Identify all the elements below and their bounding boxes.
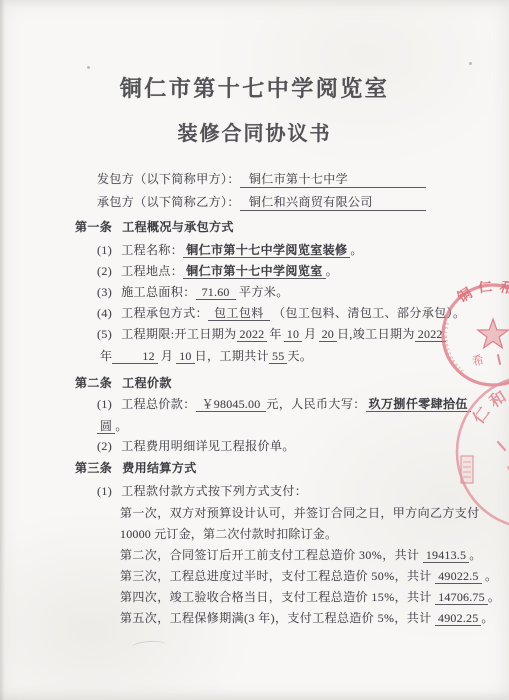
item-label: 施工总面积： [121, 285, 195, 299]
payment1-line2: 10000 元订金，第二次付款时扣除订金。 [120, 526, 337, 542]
start-year-value: 2022 [237, 327, 268, 342]
item-number: (5) [97, 326, 112, 342]
item-suffix: 。 [326, 264, 338, 278]
end-text: 。 [488, 590, 500, 604]
item-number: (1) [97, 483, 112, 499]
mid-text: 元，人民币大写： [266, 397, 365, 411]
price-words-tail: 圆 [97, 419, 115, 434]
party-a-value: 铜仁市第十七中学 [240, 170, 426, 188]
item-number: (1) [97, 242, 112, 258]
contract-mode-value: 包工包料 [208, 306, 270, 321]
item-label: 工程承包方式： [121, 306, 208, 320]
item-number: (1) [97, 396, 112, 412]
year-char: 年 [269, 327, 281, 341]
start-month-value: 10 [284, 327, 302, 342]
payment1-line1: 第一次，双方对预算设计认可，并签订合同之日，甲方向乙方支付 [120, 505, 480, 521]
item-label: 工程期限:开工日期为 [121, 327, 236, 341]
section1-item3: (3)施工总面积：71.60 平方米。 [97, 284, 289, 300]
section3-number: 第三条 [75, 460, 112, 476]
item-suffix: （包工包料、清包工、部分承包）。 [273, 306, 465, 320]
payment4-amount: 14706.75 [435, 590, 488, 605]
total-price-value: ￥98045.00 [196, 397, 267, 412]
scan-speck [469, 62, 472, 65]
payment2-amount: 19413.5 [423, 548, 469, 563]
payment3-amount: 49022.5 [435, 569, 481, 584]
item-text: 工程费用明细详见工程报价单。 [121, 439, 295, 453]
payment5-line: 第五次，工程保修期满(3 年)，支付工程总造价 5%，共计 4902.25。 [120, 610, 494, 626]
payment-text: 第四次，竣工验收合格当日，支付工程总造价 15%，共计 [120, 590, 432, 604]
item-number: (3) [97, 284, 112, 300]
mid-text: 日，工期共计 [195, 349, 269, 363]
payment3-line: 第三次，工程总进度过半时，支付工程总造价 50%，共计 49022.5 。 [120, 568, 497, 584]
section3-item1: (1)工程款付款方式按下列方式支付： [97, 483, 307, 499]
item-label: 工程地点： [121, 264, 183, 278]
payment5-amount: 4902.25 [435, 611, 481, 626]
seal-cut-stroke [498, 355, 500, 364]
section2-title: 工程价款 [122, 376, 172, 390]
section2-number: 第二条 [75, 375, 112, 391]
area-value: 71.60 [196, 285, 236, 300]
item-text: 工程款付款方式按下列方式支付： [121, 484, 307, 498]
section2-heading: 第二条工程价款 [75, 375, 172, 391]
party-a-label: 发包方（以下简称甲方）： [97, 170, 240, 188]
scan-speck [87, 66, 90, 69]
seal-code-box [461, 456, 473, 483]
seal-code-arc-text: 5209035880793 [443, 321, 466, 375]
contract-title-line1: 铜仁市第十七中学阅览室 [0, 72, 509, 103]
seal-bottom-char: 希 [470, 352, 485, 369]
section1-title: 工程概况与承包方式 [122, 220, 234, 234]
end-month-value: 12 [112, 349, 157, 364]
month-char: 月 [304, 327, 316, 341]
payment-text: 第五次，工程保修期满(3 年)，支付工程总造价 5%，共计 [120, 611, 432, 625]
payment-text: 第二次，合同签订后开工前支付工程总造价 30%，共计 [120, 548, 419, 562]
party-b-label: 承包方（以下简称乙方）： [97, 193, 240, 211]
official-seal-2: 仁和兴商 [448, 372, 509, 542]
section1-item5-line1: (5)工程期限:开工日期为2022年10月20日,竣工日期为2022 [97, 326, 446, 342]
payment4-line: 第四次，竣工验收合格当日，支付工程总造价 15%，共计 14706.75。 [120, 589, 500, 605]
party-a-row: 发包方（以下简称甲方）： 铜仁市第十七中学 [97, 170, 426, 188]
section3-heading: 第三条费用结算方式 [75, 460, 197, 476]
scanned-contract-page: 铜仁市第十七中学阅览室 装修合同协议书 发包方（以下简称甲方）： 铜仁市第十七中… [0, 0, 509, 700]
month-char: 月 [161, 349, 173, 363]
item-number: (2) [97, 438, 112, 454]
contract-title-line2: 装修合同协议书 [0, 117, 509, 146]
star-icon [478, 319, 508, 348]
project-location-value: 铜仁市第十七中学阅览室 [183, 264, 325, 279]
payment2-line: 第二次，合同签订后开工前支付工程总造价 30%，共计 19413.5。 [120, 547, 482, 563]
end-text: 。 [469, 548, 481, 562]
section2-item1-line1: (1)工程总价款：￥98045.00元，人民币大写：玖万捌仟零肆拾伍 [97, 396, 471, 412]
mid-text: 日,竣工日期为 [337, 327, 415, 341]
party-b-value: 铜仁和兴商贸有限公司 [240, 193, 426, 211]
project-name-value: 铜仁市第十七中学阅览室装修 [183, 243, 350, 258]
end-day-value: 10 [176, 349, 194, 364]
section2-item1-line2: 圆。 [97, 418, 128, 434]
section1-number: 第一条 [75, 219, 112, 235]
item-suffix: 平方米。 [239, 285, 289, 299]
item-label: 工程总价款： [121, 397, 195, 411]
start-day-value: 20 [319, 327, 337, 342]
year-char: 年 [100, 349, 112, 363]
seal-cut-stroke [498, 442, 505, 450]
section1-item1: (1)工程名称：铜仁市第十七中学阅览室装修。 [97, 242, 363, 258]
party-b-row: 承包方（以下简称乙方）： 铜仁和兴商贸有限公司 [97, 193, 426, 211]
scan-smudge [132, 640, 167, 652]
end-text: 。 [115, 419, 127, 433]
section1-item5-line2: 年12月10日，工期共计55天。 [100, 348, 312, 364]
duration-value: 55 [269, 349, 287, 364]
item-label: 工程名称： [121, 243, 183, 257]
section3-title: 费用结算方式 [122, 461, 196, 475]
end-text: 天。 [287, 349, 312, 363]
end-text: 。 [485, 569, 497, 583]
item-suffix: 。 [350, 243, 362, 257]
end-text: 。 [481, 611, 493, 625]
item-number: (4) [97, 305, 112, 321]
section2-item2: (2)工程费用明细详见工程报价单。 [97, 438, 295, 454]
section1-item4: (4)工程承包方式：包工包料 （包工包料、清包工、部分承包）。 [97, 305, 465, 321]
section1-heading: 第一条工程概况与承包方式 [75, 219, 234, 235]
payment-text: 第三次，工程总进度过半时，支付工程总造价 50%，共计 [120, 569, 432, 583]
item-number: (2) [97, 263, 112, 279]
section1-item2: (2)工程地点：铜仁市第十七中学阅览室。 [97, 263, 338, 279]
